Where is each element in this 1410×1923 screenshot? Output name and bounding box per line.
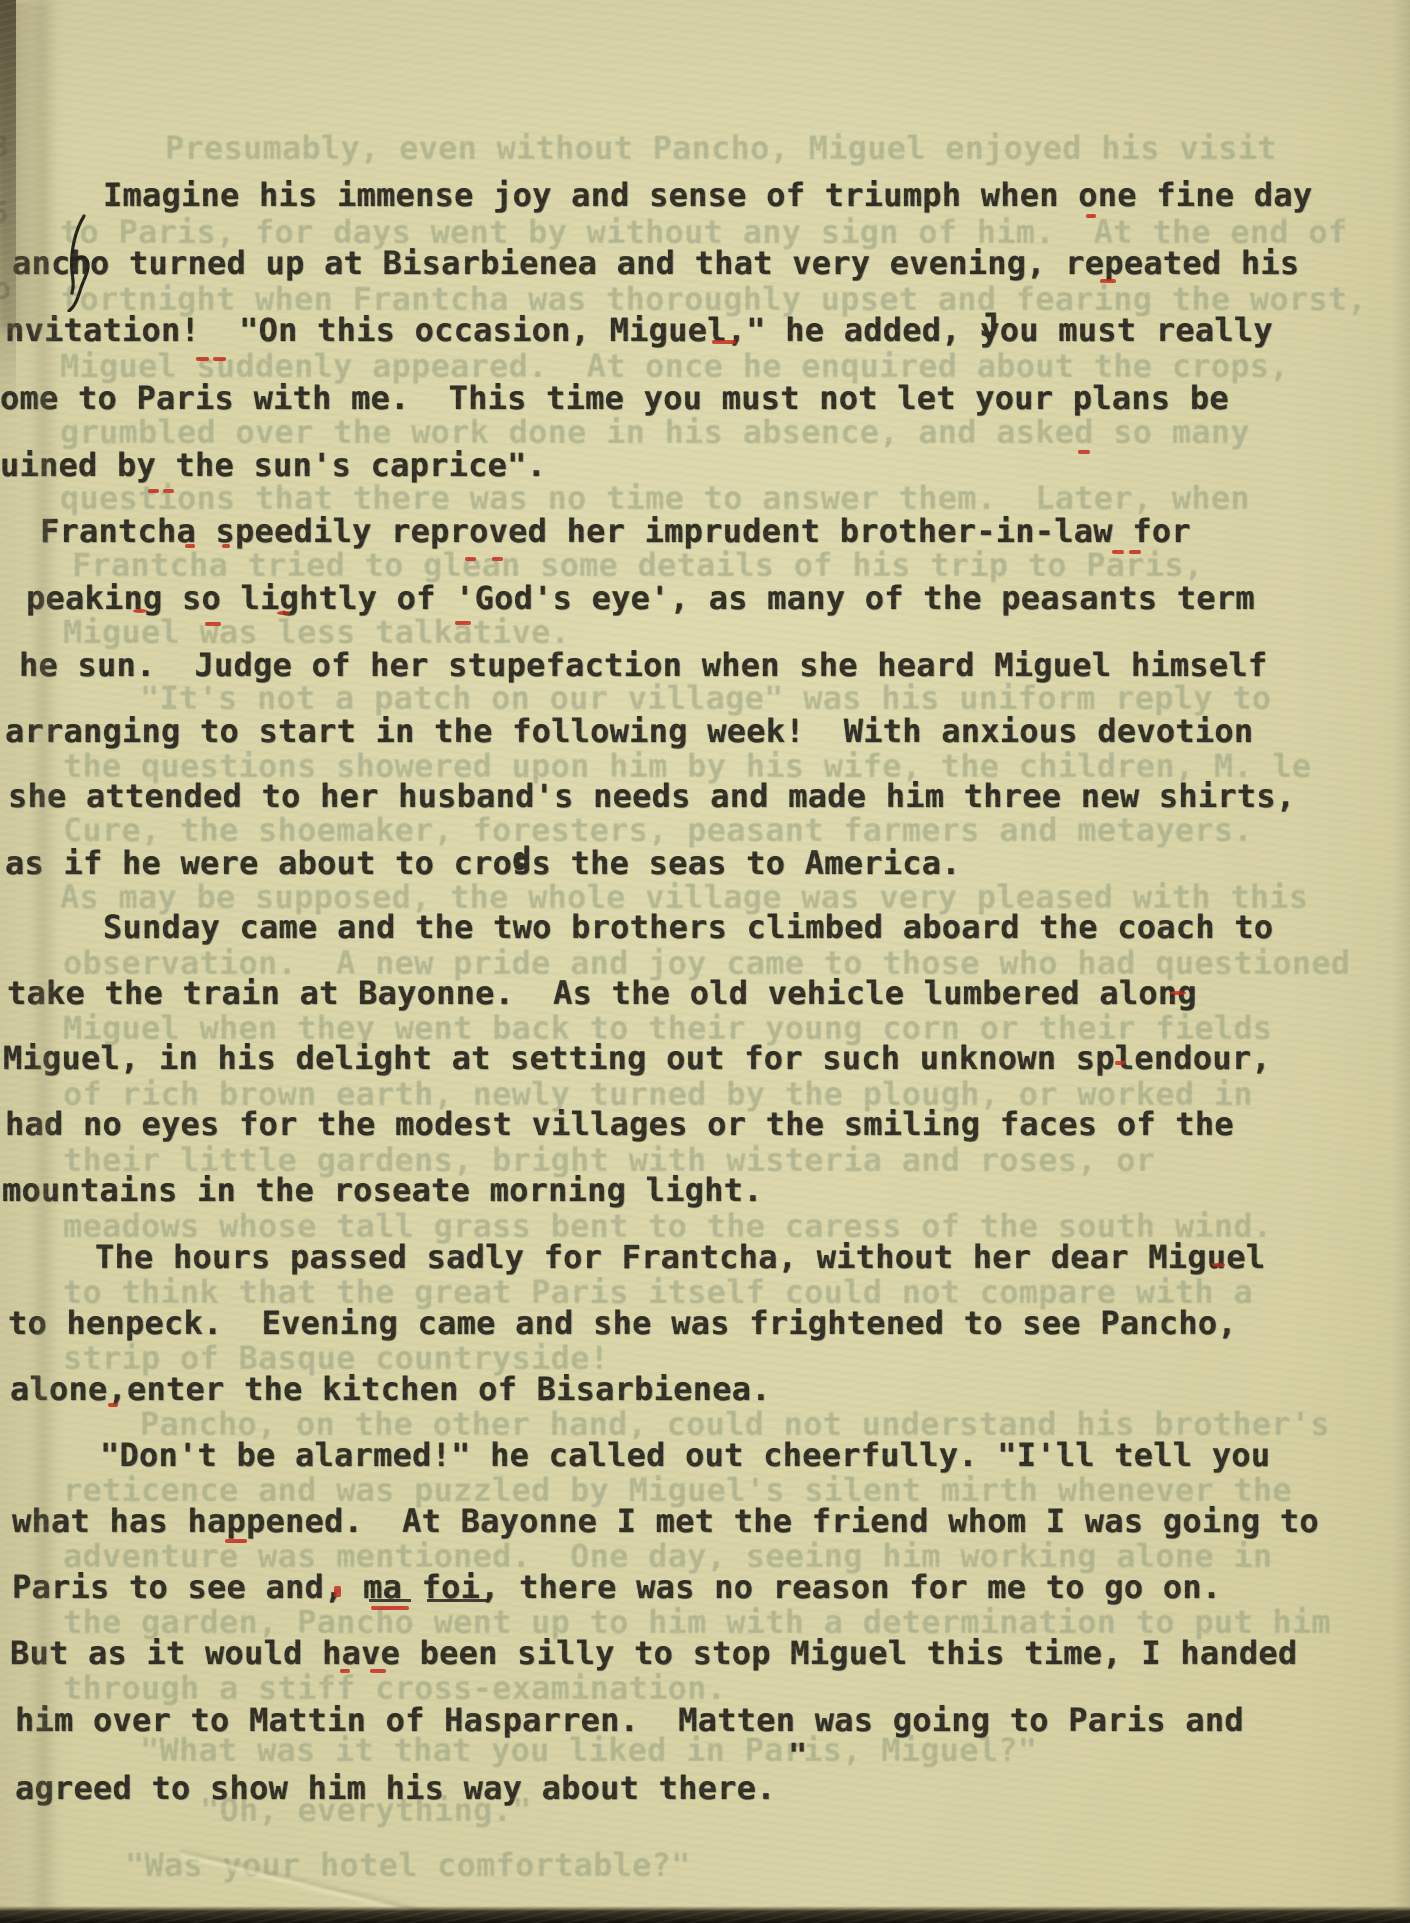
red-correction-mark: [492, 557, 503, 561]
ink-underline: [427, 1599, 489, 1602]
document-page: Presumably, even without Pancho, Miguel …: [0, 0, 1410, 1923]
red-correction-mark: [340, 1669, 350, 1673]
ghost-bleedthrough-line: Presumably, even without Pancho, Miguel …: [165, 128, 1277, 168]
typed-line: Miguel, in his delight at setting out fo…: [3, 1038, 1271, 1078]
red-correction-mark: [213, 357, 226, 361]
red-correction-mark: [133, 609, 147, 613]
red-correction-mark: [334, 1586, 341, 1597]
paper-crease-left: [30, 0, 58, 1923]
typed-line: Sunday came and the two brothers climbed…: [103, 907, 1273, 947]
typed-line: alone,enter the kitchen of Bisarbienea.: [10, 1369, 771, 1409]
red-correction-mark: [370, 1669, 386, 1673]
typed-overstrike-char: ": [788, 1736, 807, 1774]
typed-line: she attended to her husband's needs and …: [8, 776, 1295, 816]
red-correction-mark: [1170, 991, 1186, 995]
typed-line: "Don't be alarmed!" he called out cheerf…: [100, 1435, 1270, 1475]
typed-line: nvitation! "On this occasion, Miguel," h…: [5, 310, 1273, 350]
typed-line: ancho turned up at Bisarbienea and that …: [12, 243, 1299, 283]
red-correction-mark: [455, 621, 471, 625]
red-correction-mark: [371, 1606, 409, 1610]
typed-line: mountains in the roseate morning light.: [2, 1170, 763, 1210]
typed-line: he sun. Judge of her stupefaction when s…: [19, 645, 1267, 685]
red-correction-mark: [1112, 550, 1124, 554]
page-edge-shadow-topleft: [0, 0, 16, 420]
red-correction-mark: [185, 544, 195, 548]
typed-line: uined by the sun's caprice".: [0, 445, 546, 485]
red-correction-mark: [225, 1539, 247, 1543]
typed-line: ome to Paris with me. This time you must…: [0, 378, 1229, 418]
typed-line: But as it would have been silly to stop …: [10, 1633, 1297, 1673]
red-correction-mark: [1129, 550, 1141, 554]
typed-line: agreed to show him his way about there.: [15, 1768, 776, 1808]
typed-overstrike-char: J: [980, 306, 999, 344]
typed-line: arranging to start in the following week…: [5, 711, 1253, 751]
red-correction-mark: [277, 611, 290, 615]
typed-line: Frantcha speedily reproved her imprudent…: [40, 511, 1191, 551]
red-correction-mark: [205, 622, 221, 626]
handwritten-h-insertion: [52, 212, 98, 312]
red-correction-mark: [1100, 279, 1116, 283]
typed-line: The hours passed sadly for Frantcha, wit…: [95, 1237, 1265, 1277]
typed-line: to henpeck. Evening came and she was fri…: [8, 1303, 1237, 1343]
red-correction-mark: [1115, 1061, 1125, 1065]
page-edge-dark-bottom: [0, 1906, 1410, 1923]
red-correction-mark: [465, 557, 476, 561]
typed-line: Paris to see and, ma foi, there was no r…: [12, 1567, 1221, 1607]
typed-line: Imagine his immense joy and sense of tri…: [103, 175, 1312, 215]
red-correction-mark: [222, 544, 230, 548]
page-edge-shadow-right: [1392, 0, 1410, 1923]
typed-overstrike-char: d: [512, 840, 531, 878]
typed-line: peaking so lightly of 'God's eye', as ma…: [26, 578, 1255, 618]
red-correction-mark: [1078, 450, 1090, 454]
ink-underline: [369, 1599, 411, 1602]
typed-line: had no eyes for the modest villages or t…: [5, 1104, 1234, 1144]
red-correction-mark: [1212, 1263, 1225, 1267]
red-correction-mark: [148, 489, 159, 493]
typed-line: what has happened. At Bayonne I met the …: [12, 1501, 1319, 1541]
red-correction-mark: [163, 489, 174, 493]
red-correction-mark: [712, 340, 736, 344]
red-correction-mark: [108, 1403, 118, 1407]
red-correction-mark: [196, 357, 209, 361]
typed-line: him over to Mattin of Hasparren. Matten …: [15, 1700, 1244, 1740]
typed-line: take the train at Bayonne. As the old ve…: [7, 973, 1197, 1013]
typed-line: as if he were about to cross the seas to…: [5, 843, 961, 883]
red-correction-mark: [1086, 214, 1096, 218]
